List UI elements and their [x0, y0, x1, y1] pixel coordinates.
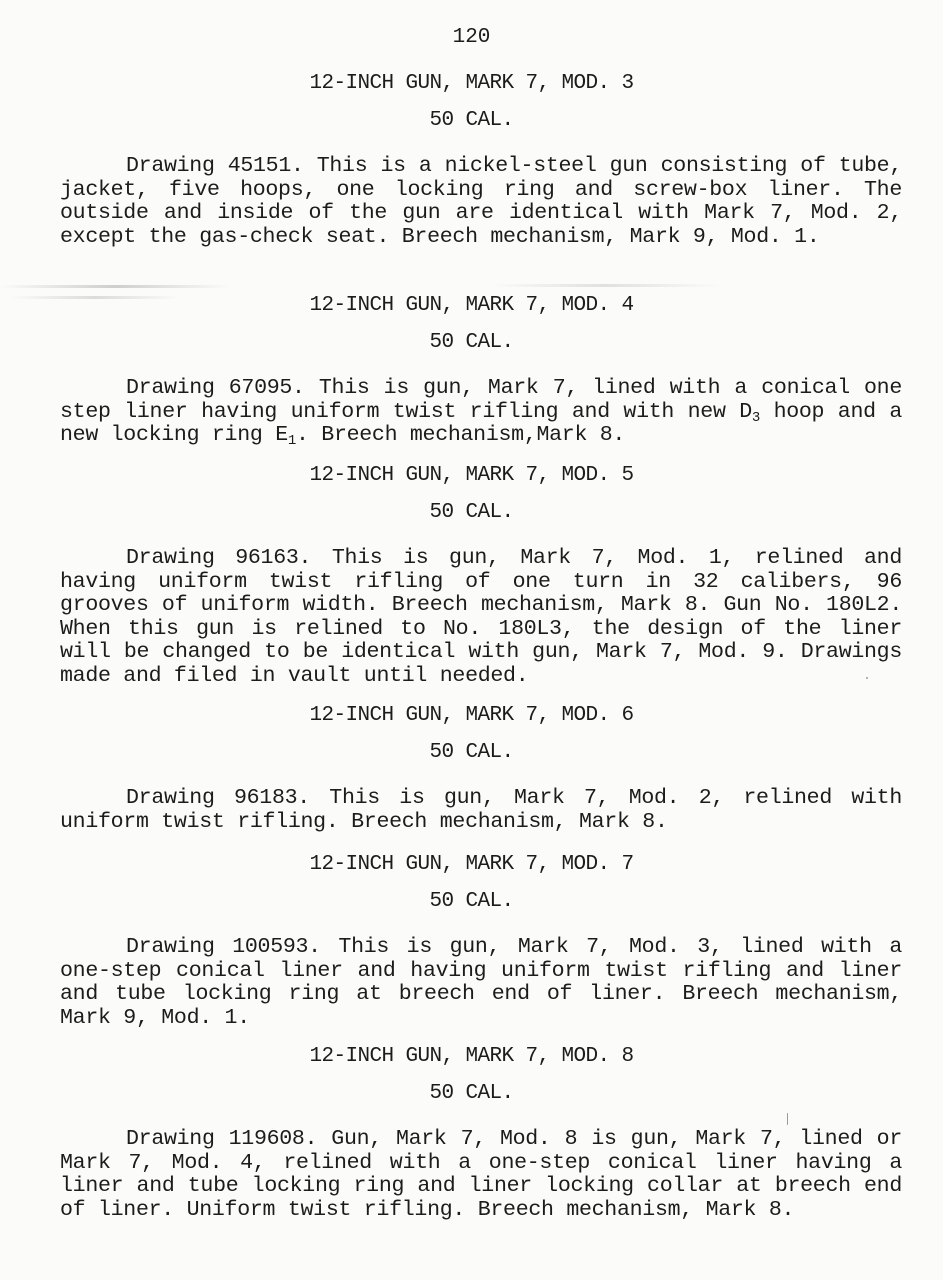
scan-smudge	[0, 285, 230, 288]
section-body-text: Drawing 96183. This is gun, Mark 7, Mod.…	[60, 786, 902, 834]
section-caliber: 50 CAL.	[0, 1082, 943, 1106]
subscript-d: 3	[752, 410, 760, 426]
section-mod-3: 12-INCH GUN, MARK 7, MOD. 3 50 CAL. Draw…	[60, 72, 902, 249]
section-caliber: 50 CAL.	[0, 741, 943, 765]
section-body-text: Drawing 100593. This is gun, Mark 7, Mod…	[60, 935, 902, 1030]
section-caliber: 50 CAL.	[0, 109, 943, 133]
section-heading: 12-INCH GUN, MARK 7, MOD. 4	[0, 294, 943, 318]
section-heading: 12-INCH GUN, MARK 7, MOD. 6	[0, 704, 943, 728]
section-body: Drawing 45151. This is a nickel-steel gu…	[60, 155, 902, 249]
section-mod-8: 12-INCH GUN, MARK 7, MOD. 8 50 CAL. Draw…	[60, 1045, 902, 1222]
section-mod-7: 12-INCH GUN, MARK 7, MOD. 7 50 CAL. Draw…	[60, 853, 902, 1030]
section-body-text: . Breech mechanism,Mark 8.	[296, 423, 625, 447]
section-heading: 12-INCH GUN, MARK 7, MOD. 5	[0, 464, 943, 488]
section-body-text: Drawing 119608. Gun, Mark 7, Mod. 8 is g…	[60, 1127, 902, 1222]
page-number: 120	[0, 26, 943, 50]
section-body-text: Drawing 45151. This is a nickel-steel gu…	[60, 154, 902, 249]
section-heading: 12-INCH GUN, MARK 7, MOD. 7	[0, 853, 943, 877]
section-mod-6: 12-INCH GUN, MARK 7, MOD. 6 50 CAL. Draw…	[60, 704, 902, 834]
section-body: Drawing 100593. This is gun, Mark 7, Mod…	[60, 936, 902, 1030]
section-heading: 12-INCH GUN, MARK 7, MOD. 3	[0, 72, 943, 96]
section-body-text: Drawing 96163. This is gun, Mark 7, Mod.…	[60, 546, 902, 688]
section-body: Drawing 96183. This is gun, Mark 7, Mod.…	[60, 787, 902, 834]
section-body: Drawing 96163. This is gun, Mark 7, Mod.…	[60, 547, 902, 689]
scan-smudge	[490, 284, 720, 287]
document-page: 120 12-INCH GUN, MARK 7, MOD. 3 50 CAL. …	[0, 0, 943, 1280]
section-body: Drawing 67095. This is gun, Mark 7, line…	[60, 377, 902, 448]
section-caliber: 50 CAL.	[0, 331, 943, 355]
section-caliber: 50 CAL.	[0, 890, 943, 914]
section-heading: 12-INCH GUN, MARK 7, MOD. 8	[0, 1045, 943, 1069]
section-mod-5: 12-INCH GUN, MARK 7, MOD. 5 50 CAL. Draw…	[60, 464, 902, 689]
subscript-e: 1	[288, 433, 296, 449]
section-caliber: 50 CAL.	[0, 501, 943, 525]
section-mod-4: 12-INCH GUN, MARK 7, MOD. 4 50 CAL. Draw…	[60, 294, 902, 448]
section-body: Drawing 119608. Gun, Mark 7, Mod. 8 is g…	[60, 1128, 902, 1222]
